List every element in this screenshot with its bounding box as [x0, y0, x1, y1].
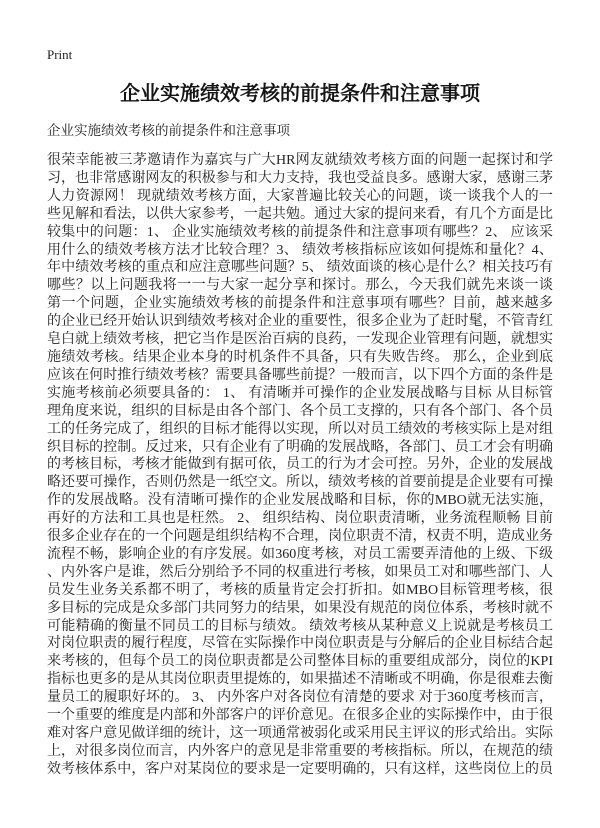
- document-page: Print 企业实施绩效考核的前提条件和注意事项 企业实施绩效考核的前提条件和注…: [0, 0, 600, 828]
- page-title: 企业实施绩效考核的前提条件和注意事项: [47, 81, 553, 107]
- body-text: 很荣幸能被三茅邀请作为嘉宾与广大HR网友就绩效考核方面的问题一起探讨和学 习，也…: [47, 152, 553, 779]
- print-link[interactable]: Print: [47, 47, 72, 62]
- page-subtitle: 企业实施绩效考核的前提条件和注意事项: [47, 122, 553, 139]
